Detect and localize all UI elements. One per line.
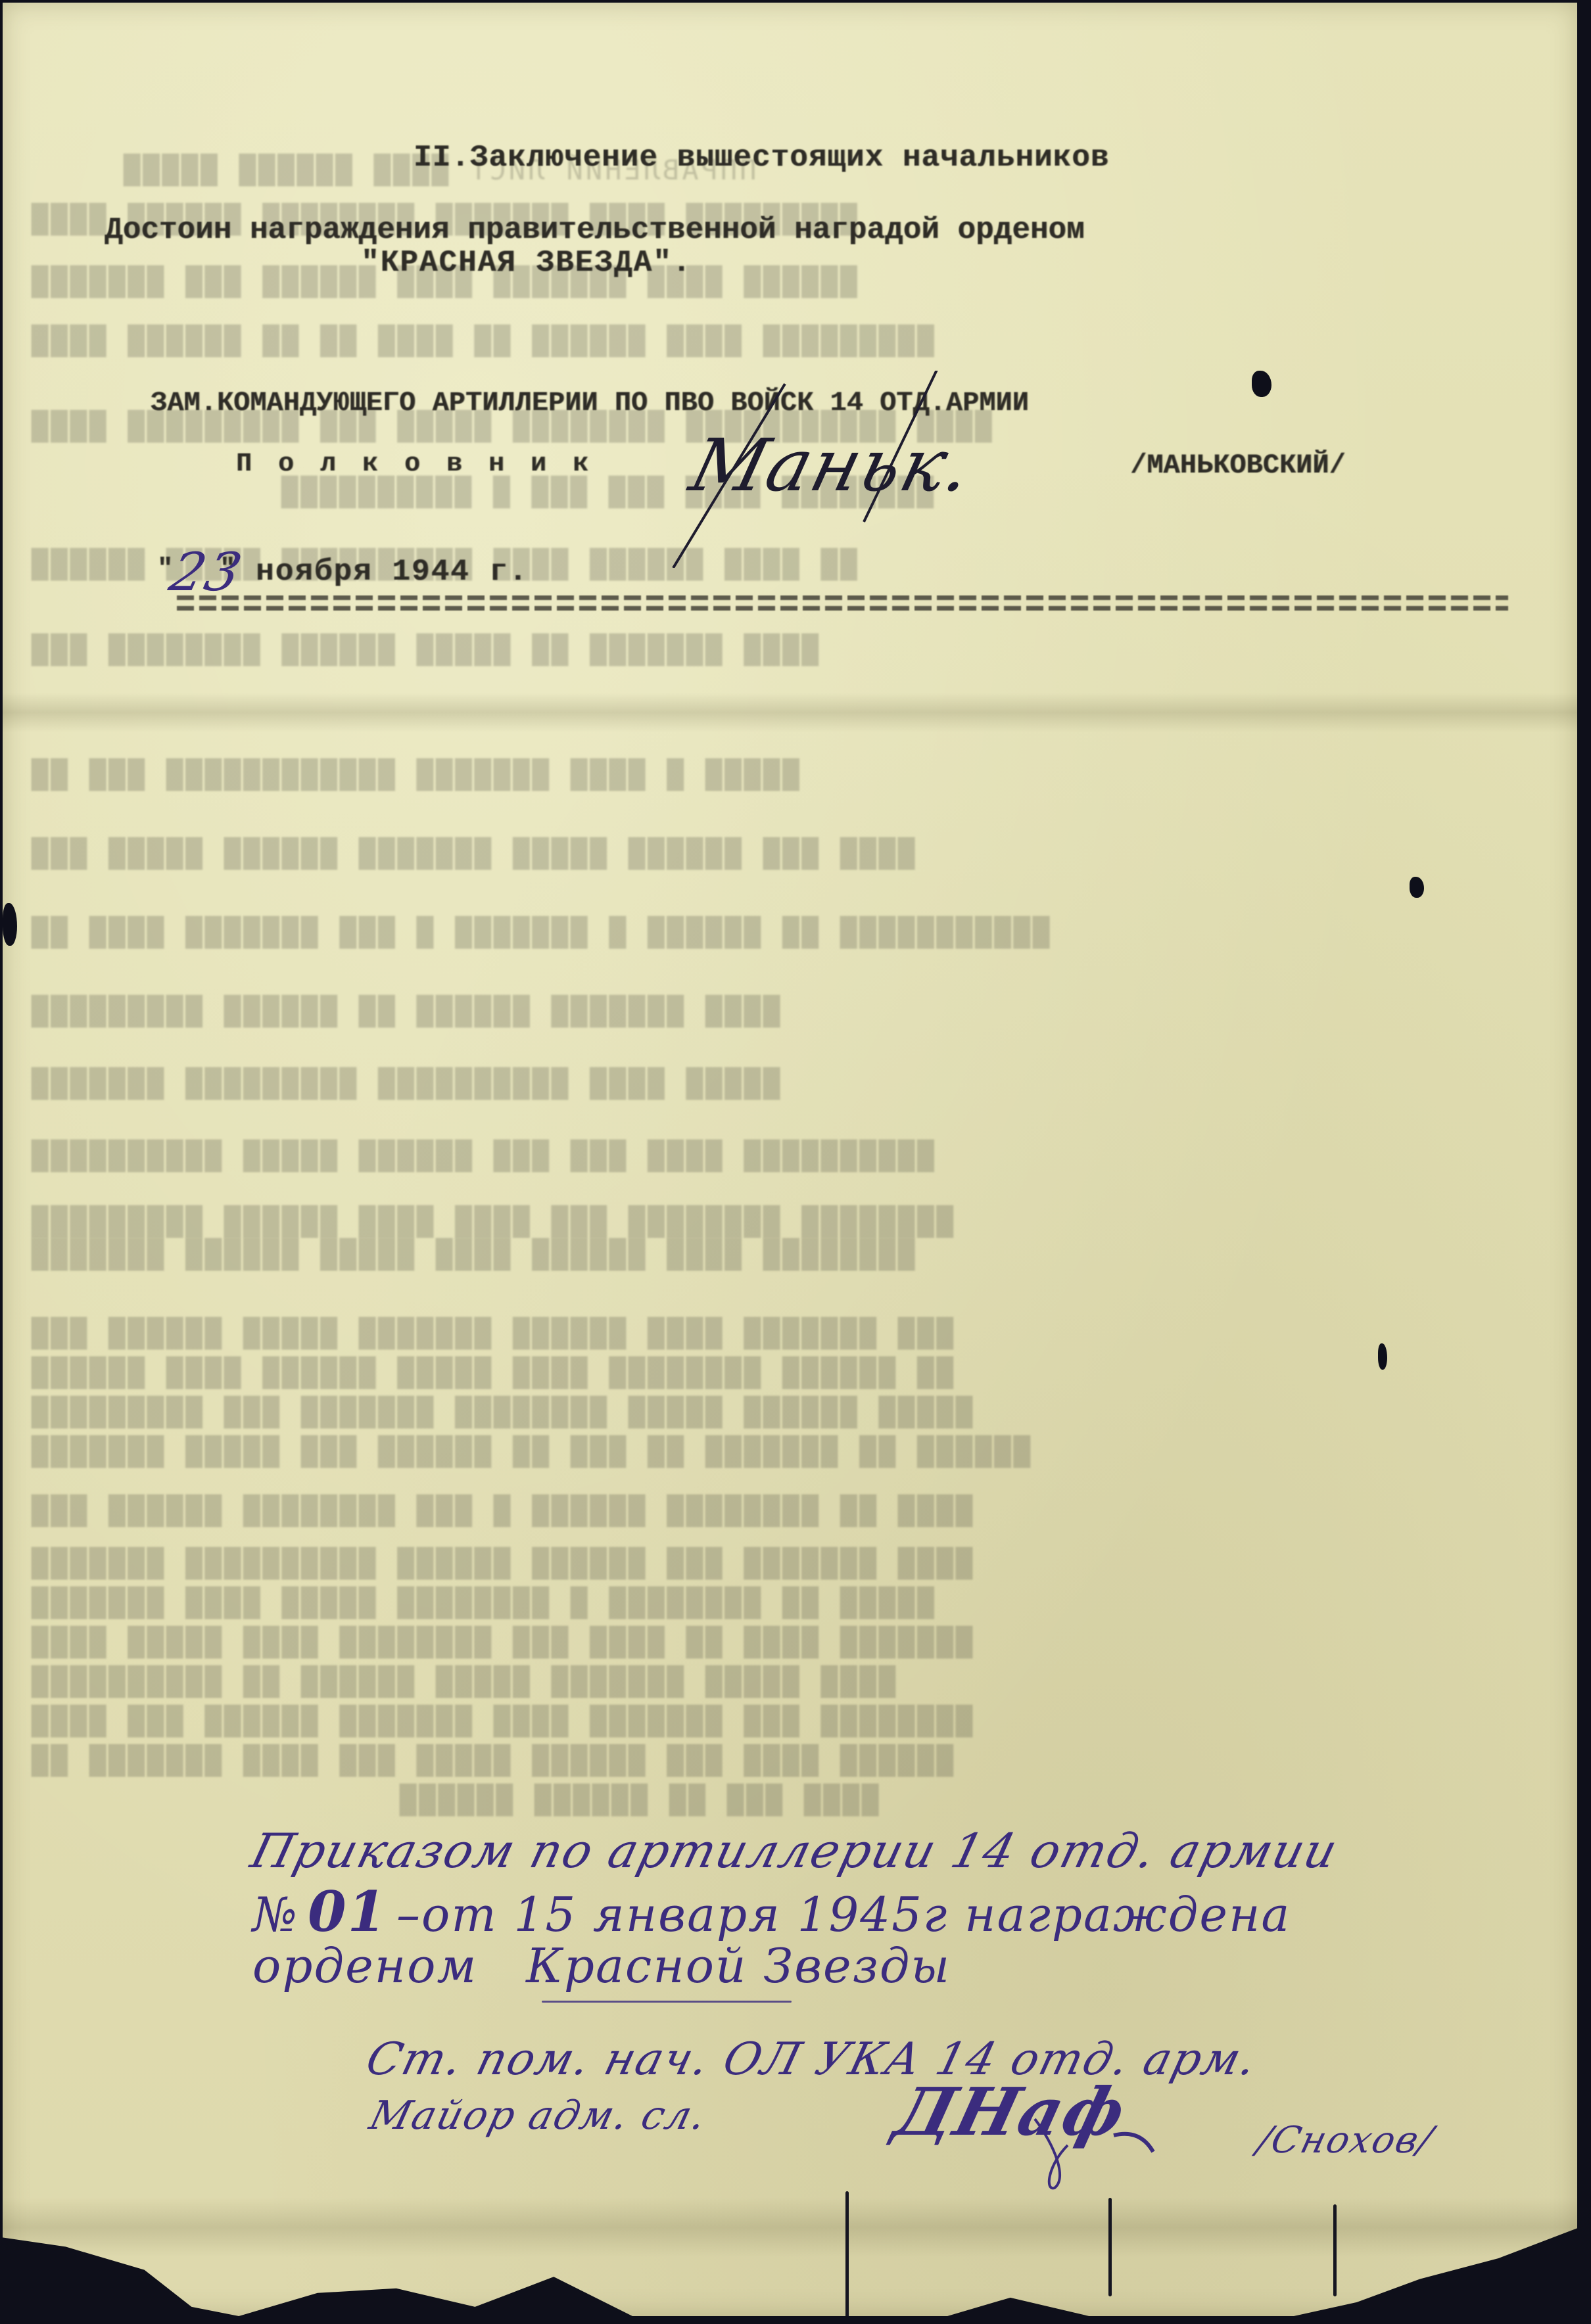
paper-tear [1333,2204,1337,2296]
bleed-through-text: ████ █████ ███████ █████ ██████ ██ █████… [29,1665,895,1698]
order-award-name: Красной Звезды [526,1938,951,1993]
order-number-prefix: № [252,1887,298,1942]
certifier-name: /Снохов/ [1253,2119,1438,2162]
signature-flourish [660,371,989,568]
commander-rank: П о л к о в н и к [236,450,594,479]
award-statement: Достоин награждения правительственной на… [105,213,1085,247]
bleed-through-text: █████ █ ████ ███████ ████████████ ███ ██ [29,758,799,791]
bleed-through-text: ██████ ████ ███ ██████ █████ ███ ████ ██… [29,1744,953,1777]
bleed-through-text: ████ ███████ ██████ ██ ██████ █████████ [29,995,780,1027]
bleed-through-text: ████ ███ ██ ██████ ██████ [397,1784,878,1816]
bleed-through-text: ████ ██ ████████ ██████ █ ███ ████████ █… [29,1495,972,1527]
date-close-quote: " [220,555,235,584]
bleed-through-text: █████████ ████ ██████ ██ ████ ██ ██ ████… [29,325,934,357]
divider-line [177,595,1508,600]
bleed-through-text: █████ ██████ █████ ████████ ███████ ███ … [29,1396,972,1428]
paper-hole [1252,371,1271,397]
bleed-through-text: ████ ███ ██████ █████ ███████ ██████ ███… [29,837,914,870]
bleed-through-text: ████████ ████ ██████ ████ █████ ██████ █… [29,1238,914,1270]
certifier-signature-flourish [1028,2106,1239,2191]
certifier-rank: Майор адм. сл. [365,2093,711,2139]
paper-tear [845,2191,849,2323]
bleed-through-text: ██████ ██ ███████ ██ ███ ██ ██████ ███ █… [29,1435,1030,1468]
bleed-through-text: ███████ ████ ██ ████ ███ ████████ ████ █… [29,1626,972,1658]
bleed-through-text: ██████████ ████ ███ ███ ██████ █████ ███… [29,1140,934,1172]
order-award-prefix: орденом [252,1938,477,1993]
section-heading: II.Заключение вышестоящих начальников [414,141,1109,175]
commander-name: /МАНЬКОВСКИЙ/ [1130,450,1346,481]
bleed-through-text: ████ ███████ ██ █████ ██████ ████████ ██… [29,634,819,666]
date-rest: ноября 1944 г. [256,555,528,589]
bleed-through-text: ██ ██████ ████████ ████ █████ ██████ ███… [29,1357,953,1389]
bleed-through-text: ████████ ███ ███████ ████ ███████ ██████… [29,1705,972,1737]
bleed-through-text: █████ ████ ██████████ █████████ ███████ [29,1067,780,1100]
bleed-through-text: ███████████ ██ ██████ █ ███████ █ ███ ██… [29,916,1049,948]
award-name-underline [542,2001,792,2003]
fold-shadow [3,693,1577,732]
order-line-1: Приказом по артиллерии 14 отд. армии [246,1823,1344,1878]
order-line-2: № 01 –от 15 января 1945г награждена [252,1879,1291,1944]
bleed-through-text: ████████ ████████ ███ ████ ████ ██████ █… [29,1205,953,1238]
paper-hole [1378,1343,1387,1370]
bleed-through-text: ███ ███████ ████ ██████ ███████ █████ ██… [29,1317,953,1349]
bleed-through-text: ████ ███████ ███ ██████ ██████ █████████… [29,1547,972,1579]
order-number: 01 [308,1879,387,1944]
bleed-through-text: █████ ██ ████████ █ ████████ █████ ████ … [29,1587,934,1619]
paper-tear [1108,2198,1112,2296]
order-date-text: –от 15 января 1945г награждена [396,1887,1291,1942]
award-name: "КРАСНАЯ ЗВЕЗДА". [361,246,692,280]
paper-hole [3,903,17,946]
date-day: 23 [164,542,249,603]
fold-shadow [3,2198,1577,2257]
paper-hole [1410,877,1424,898]
document-page: ППРАВЛЕНИЙ ЛИСТ ████ ██████ █████ ██████… [3,3,1577,2316]
divider-line [177,606,1508,611]
order-line-3: орденом Красной Звезды [252,1938,951,1993]
